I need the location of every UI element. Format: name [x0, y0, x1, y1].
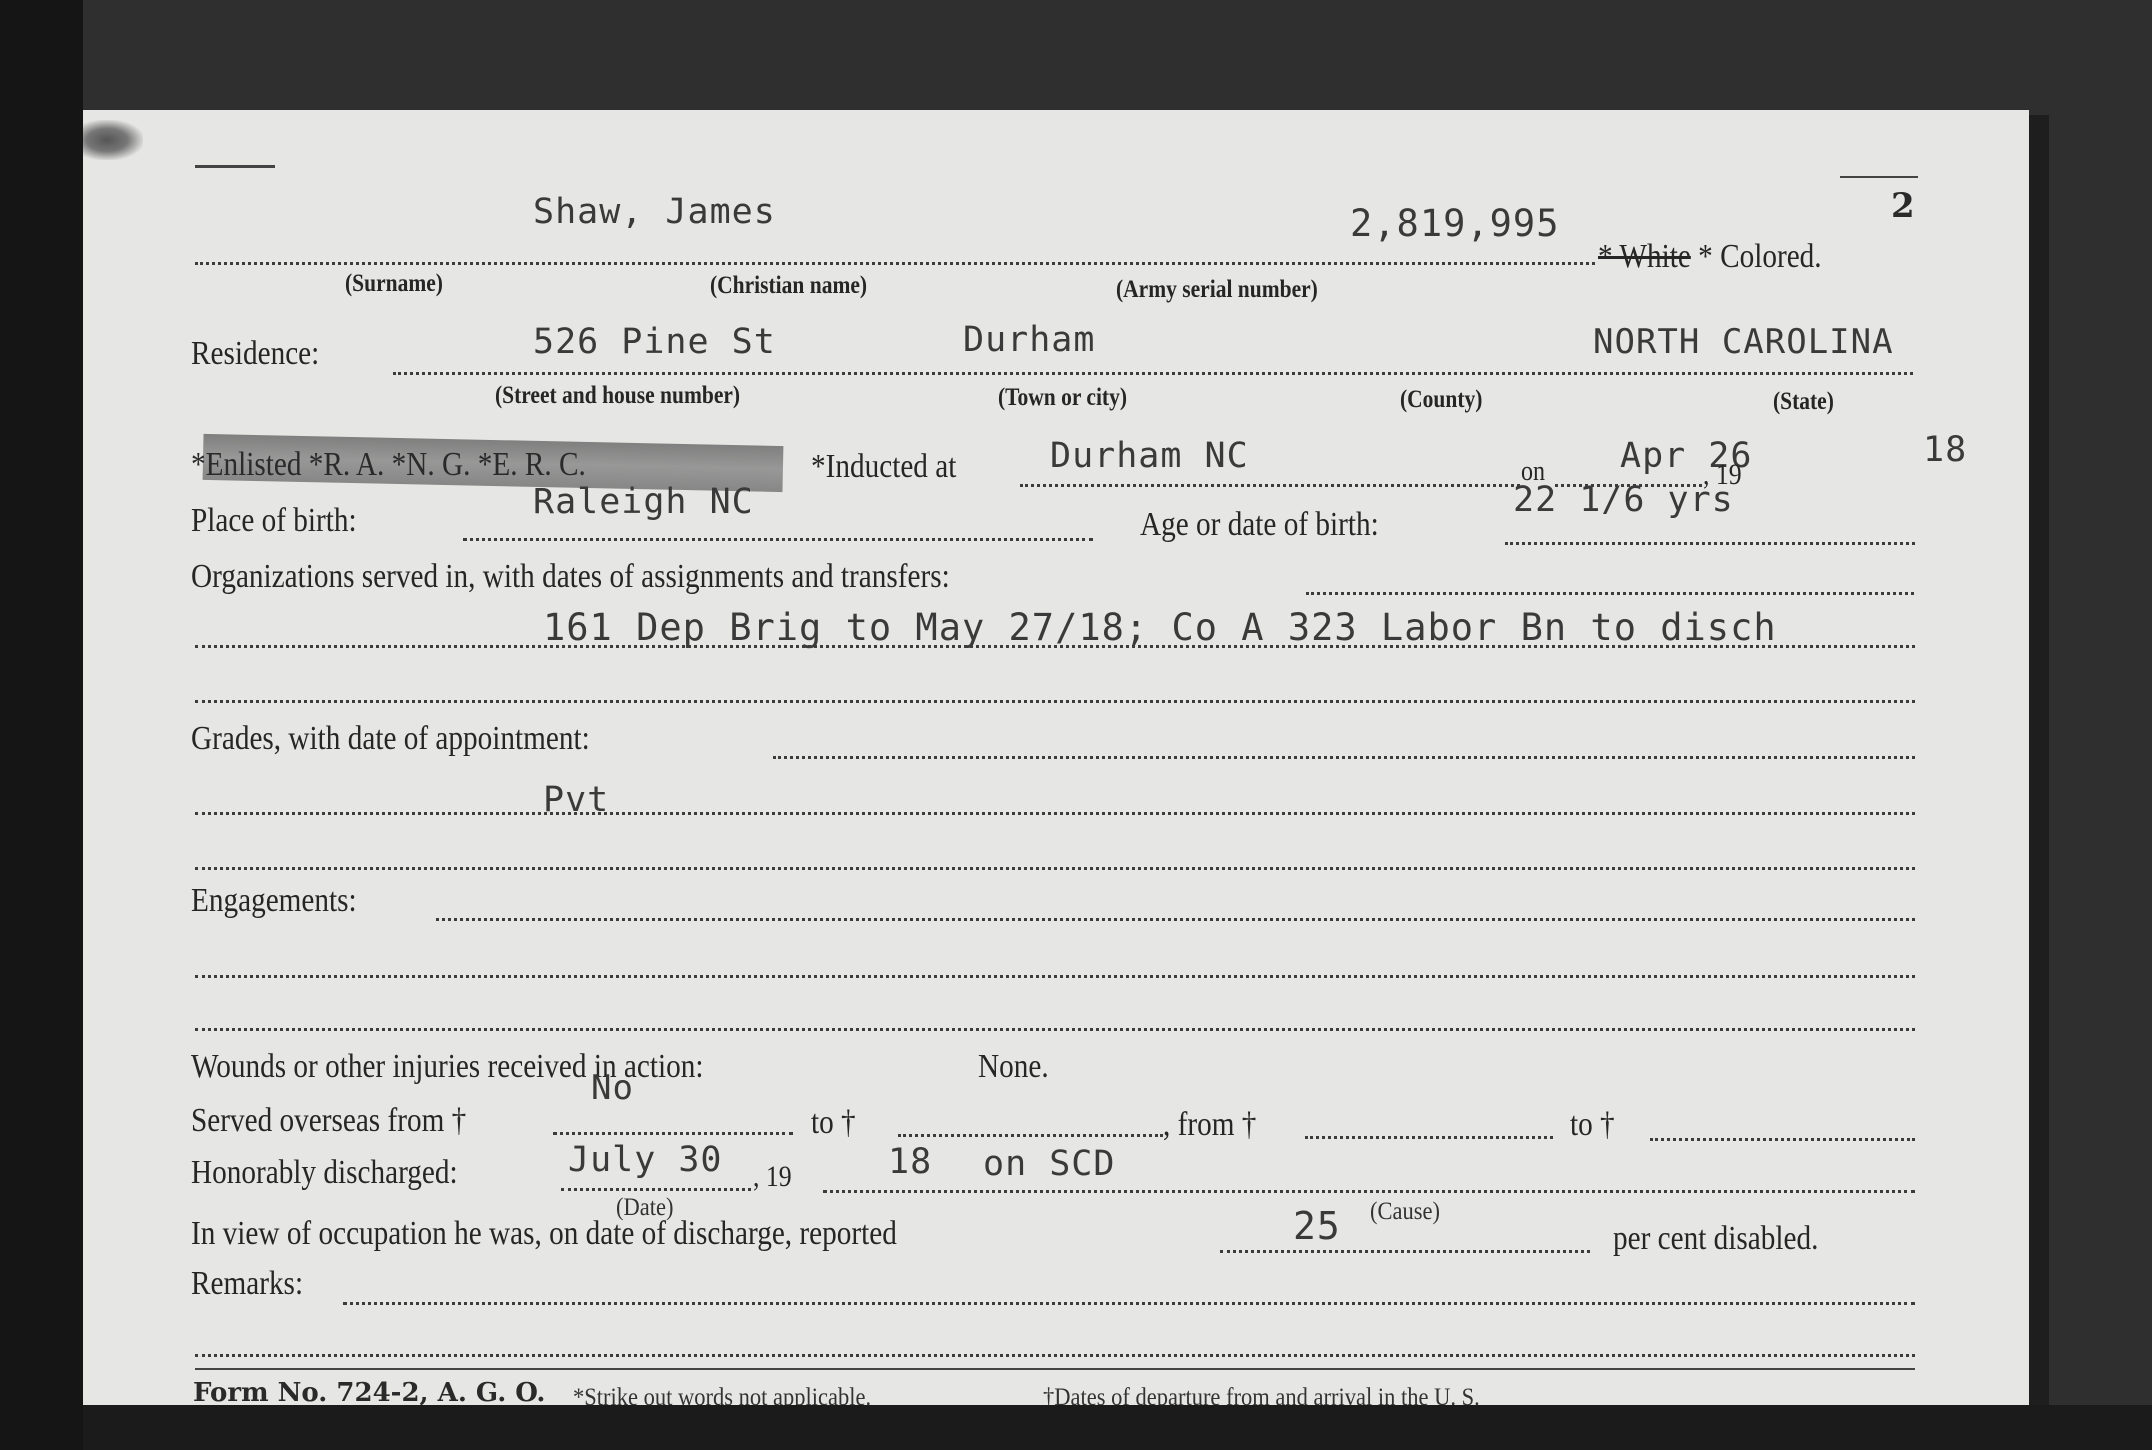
discharge-label: Honorably discharged: [191, 1154, 458, 1192]
surname-sublabel: (Surname) [345, 270, 443, 298]
overseas-to-line [898, 1134, 1163, 1137]
grades-line-2 [195, 812, 1915, 815]
card-number-overline [1840, 176, 1918, 178]
residence-label: Residence: [191, 335, 319, 373]
christian-name-sublabel: (Christian name) [710, 272, 867, 300]
form-number: Form No. 724-2, A. G. O. [193, 1378, 546, 1405]
discharge-year: 18 [888, 1142, 932, 1182]
disability-percent: 25 [1293, 1204, 1341, 1248]
grades-line-1 [773, 756, 1915, 759]
place-of-birth-label: Place of birth: [191, 502, 357, 540]
grades-label: Grades, with date of appointment: [191, 720, 590, 758]
disability-line [1220, 1250, 1590, 1253]
engagements-label: Engagements: [191, 882, 357, 920]
residence-state: NORTH CAROLINA [1593, 322, 1894, 362]
organizations-line-3 [195, 700, 1915, 703]
race-white-struck: * White [1598, 238, 1691, 275]
footnote-dates: †Dates of departure from and arrival in … [1043, 1384, 1480, 1405]
scanner-left-border [0, 0, 83, 1450]
place-of-birth-value: Raleigh NC [533, 482, 754, 522]
organizations-value: 161 Dep Brig to May 27/18; Co A 323 Labo… [543, 606, 1777, 649]
serial-number-value: 2,819,995 [1350, 202, 1559, 245]
organizations-label: Organizations served in, with dates of a… [191, 558, 950, 596]
discharge-cause: on SCD [983, 1144, 1115, 1184]
card-number: 2 [1891, 186, 1915, 226]
age-label: Age or date of birth: [1140, 506, 1379, 544]
serial-sublabel: (Army serial number) [1116, 276, 1318, 304]
remarks-line-2 [195, 1354, 1915, 1357]
race-options: * White * Colored. [1598, 238, 1822, 276]
overseas-to2-label: to † [1570, 1106, 1615, 1144]
overseas-from-label: Served overseas from † [191, 1102, 466, 1140]
name-value: Shaw, James [533, 192, 776, 232]
county-sublabel: (County) [1400, 386, 1482, 414]
street-sublabel: (Street and house number) [495, 382, 740, 410]
overseas-to2-line [1650, 1138, 1915, 1141]
name-line [195, 262, 1595, 265]
remarks-label: Remarks: [191, 1265, 303, 1303]
scanner-right-border [2029, 115, 2049, 1415]
overseas-from2-line [1305, 1136, 1553, 1139]
engagements-line-3 [195, 1028, 1915, 1031]
footnote-strike: *Strike out words not applicable. [573, 1384, 871, 1405]
cause-sublabel: (Cause) [1370, 1198, 1440, 1226]
town-sublabel: (Town or city) [998, 384, 1127, 412]
top-left-mark [195, 165, 275, 168]
inducted-year: 18 [1923, 430, 1967, 470]
service-branch-options: *Enlisted *R. A. *N. G. *E. R. C. [191, 446, 586, 484]
remarks-line-1 [343, 1302, 1915, 1305]
overseas-from-line [553, 1132, 793, 1135]
engagements-line-1 [436, 918, 1915, 921]
state-sublabel: (State) [1773, 388, 1834, 416]
wounds-value: None. [978, 1048, 1049, 1086]
disability-label: In view of occupation he was, on date of… [191, 1215, 897, 1253]
place-of-birth-line [463, 538, 1093, 541]
ink-smudge [83, 120, 143, 160]
age-value: 22 1/6 yrs [1513, 480, 1734, 520]
service-record-card: Shaw, James 2,819,995 2 * White * Colore… [83, 110, 2029, 1405]
discharge-cause-line [823, 1190, 1915, 1193]
overseas-from2-label: , from † [1163, 1106, 1256, 1144]
residence-town: Durham [963, 320, 1095, 360]
organizations-line-1 [1306, 592, 1914, 595]
organizations-line-2 [195, 645, 1915, 648]
inducted-label: *Inducted at [811, 448, 956, 486]
disability-suffix: per cent disabled. [1613, 1220, 1818, 1258]
engagements-line-2 [195, 975, 1915, 978]
overseas-value: No [591, 1068, 634, 1108]
discharge-year-prefix: , 19 [753, 1160, 792, 1194]
residence-line [393, 372, 1913, 375]
discharge-date: July 30 [568, 1140, 723, 1180]
discharge-date-line [561, 1188, 751, 1191]
inducted-place: Durham NC [1050, 436, 1249, 476]
overseas-to-label: to † [811, 1104, 856, 1142]
footer-rule [195, 1368, 1915, 1370]
residence-street: 526 Pine St [533, 322, 776, 362]
inducted-place-line [1020, 484, 1520, 487]
age-line [1505, 542, 1915, 545]
race-colored: * Colored. [1698, 238, 1821, 275]
scanner-bottom-border [83, 1405, 2152, 1450]
grades-line-3 [195, 867, 1915, 870]
